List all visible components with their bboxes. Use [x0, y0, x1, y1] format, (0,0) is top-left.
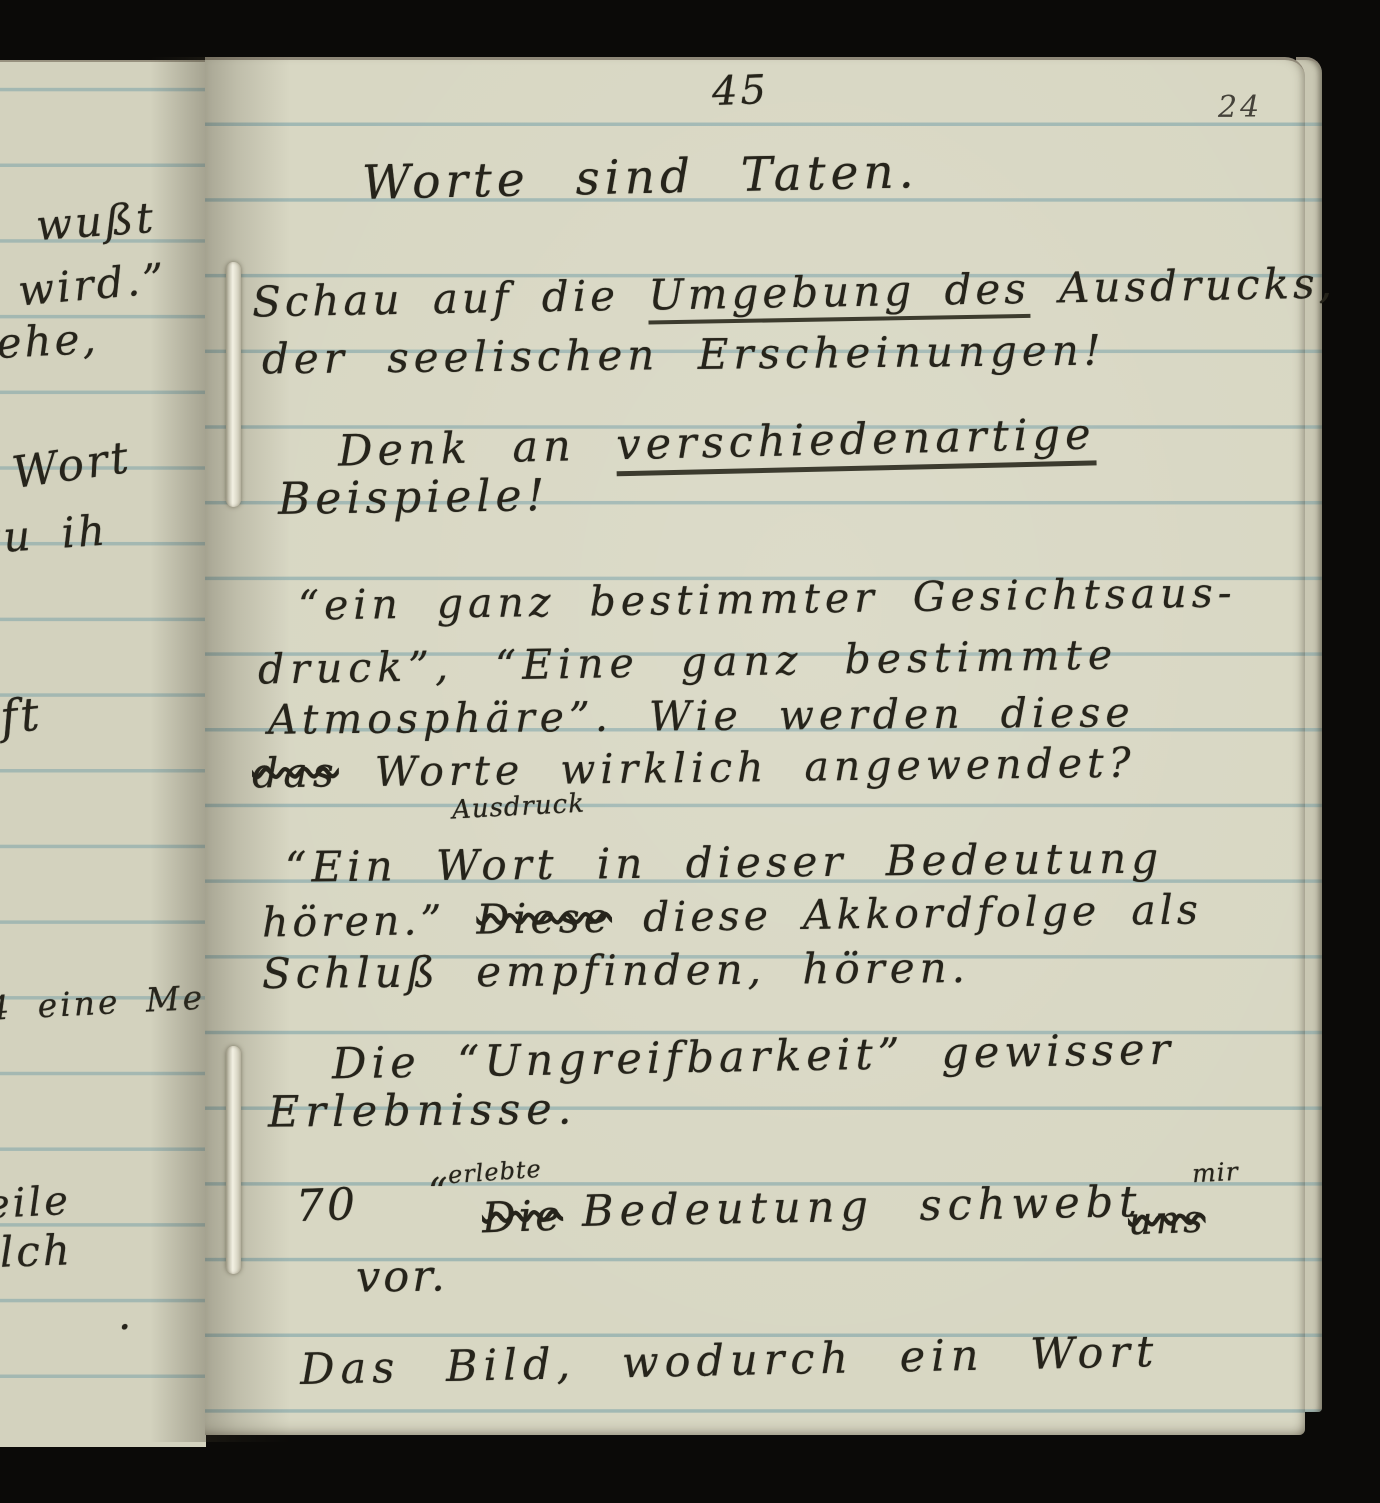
- left-fragment: aft: [0, 686, 45, 747]
- struck-word: uns: [1127, 1197, 1206, 1244]
- paragraph-umgebung-line2: der seelischen Erscheinungen!: [262, 326, 1106, 384]
- left-page-edge: wußt wird.” sehe, Wort zu ih aft 4 eine …: [0, 60, 206, 1447]
- underlined-text: verschiedenartige: [616, 409, 1096, 476]
- text-segment: Ausdrucks,: [1029, 259, 1336, 313]
- underlined-text: Umgebung des: [648, 264, 1030, 325]
- quote-mark: “: [428, 1170, 450, 1214]
- notebook-scan: wußt wird.” sehe, Wort zu ih aft 4 eine …: [0, 0, 1380, 1503]
- text-segment: diese Akkordfolge als: [612, 885, 1203, 941]
- left-fragment: .: [118, 1290, 134, 1339]
- paragraph-einwort-line3: Schluß empfinden, hören.: [262, 943, 970, 998]
- left-fragment: wird.”: [16, 254, 169, 316]
- paragraph-bedeutung-line1: Bedeutung schwebt: [582, 1177, 1143, 1237]
- struck-word: Die: [481, 1191, 564, 1243]
- text-segment: Schau auf die: [252, 271, 649, 327]
- paragraph-gesichts-line3: Atmosphäre”. Wie werden diese: [268, 688, 1135, 744]
- folio-number: 24: [1218, 90, 1262, 125]
- text-segment: Denk an: [338, 420, 617, 476]
- struck-word: das: [252, 748, 339, 797]
- title-line: Worte sind Taten.: [361, 144, 919, 211]
- left-fragment: zu ih: [0, 506, 110, 564]
- left-fragment: sehe,: [0, 314, 100, 370]
- page-number: 45: [711, 67, 769, 115]
- interline-insertion: mir: [1191, 1157, 1239, 1188]
- left-fragment: 4 eine Meng: [0, 975, 206, 1028]
- text-segment: Worte wirklich angewendet?: [338, 739, 1135, 797]
- text-segment: hören.”: [262, 896, 477, 947]
- left-fragment: elch: [0, 1225, 74, 1277]
- paragraph-ungreifbarkeit-line2: Erlebnisse.: [268, 1084, 578, 1137]
- left-fragment: wußt: [34, 193, 157, 250]
- paragraph-einwort-line1: “Ein Wort in dieser Bedeutung: [285, 833, 1164, 891]
- remark-number: 70: [295, 1179, 359, 1232]
- binding-thread: [226, 1046, 241, 1274]
- paragraph-bedeutung-line2: vor.: [356, 1251, 448, 1302]
- left-fragment: eile: [0, 1178, 72, 1228]
- left-fragment: Wort: [9, 432, 134, 499]
- struck-word: Diese: [476, 894, 612, 944]
- binding-thread: [226, 262, 241, 507]
- paragraph-beispiele-line2: Beispiele!: [278, 470, 550, 525]
